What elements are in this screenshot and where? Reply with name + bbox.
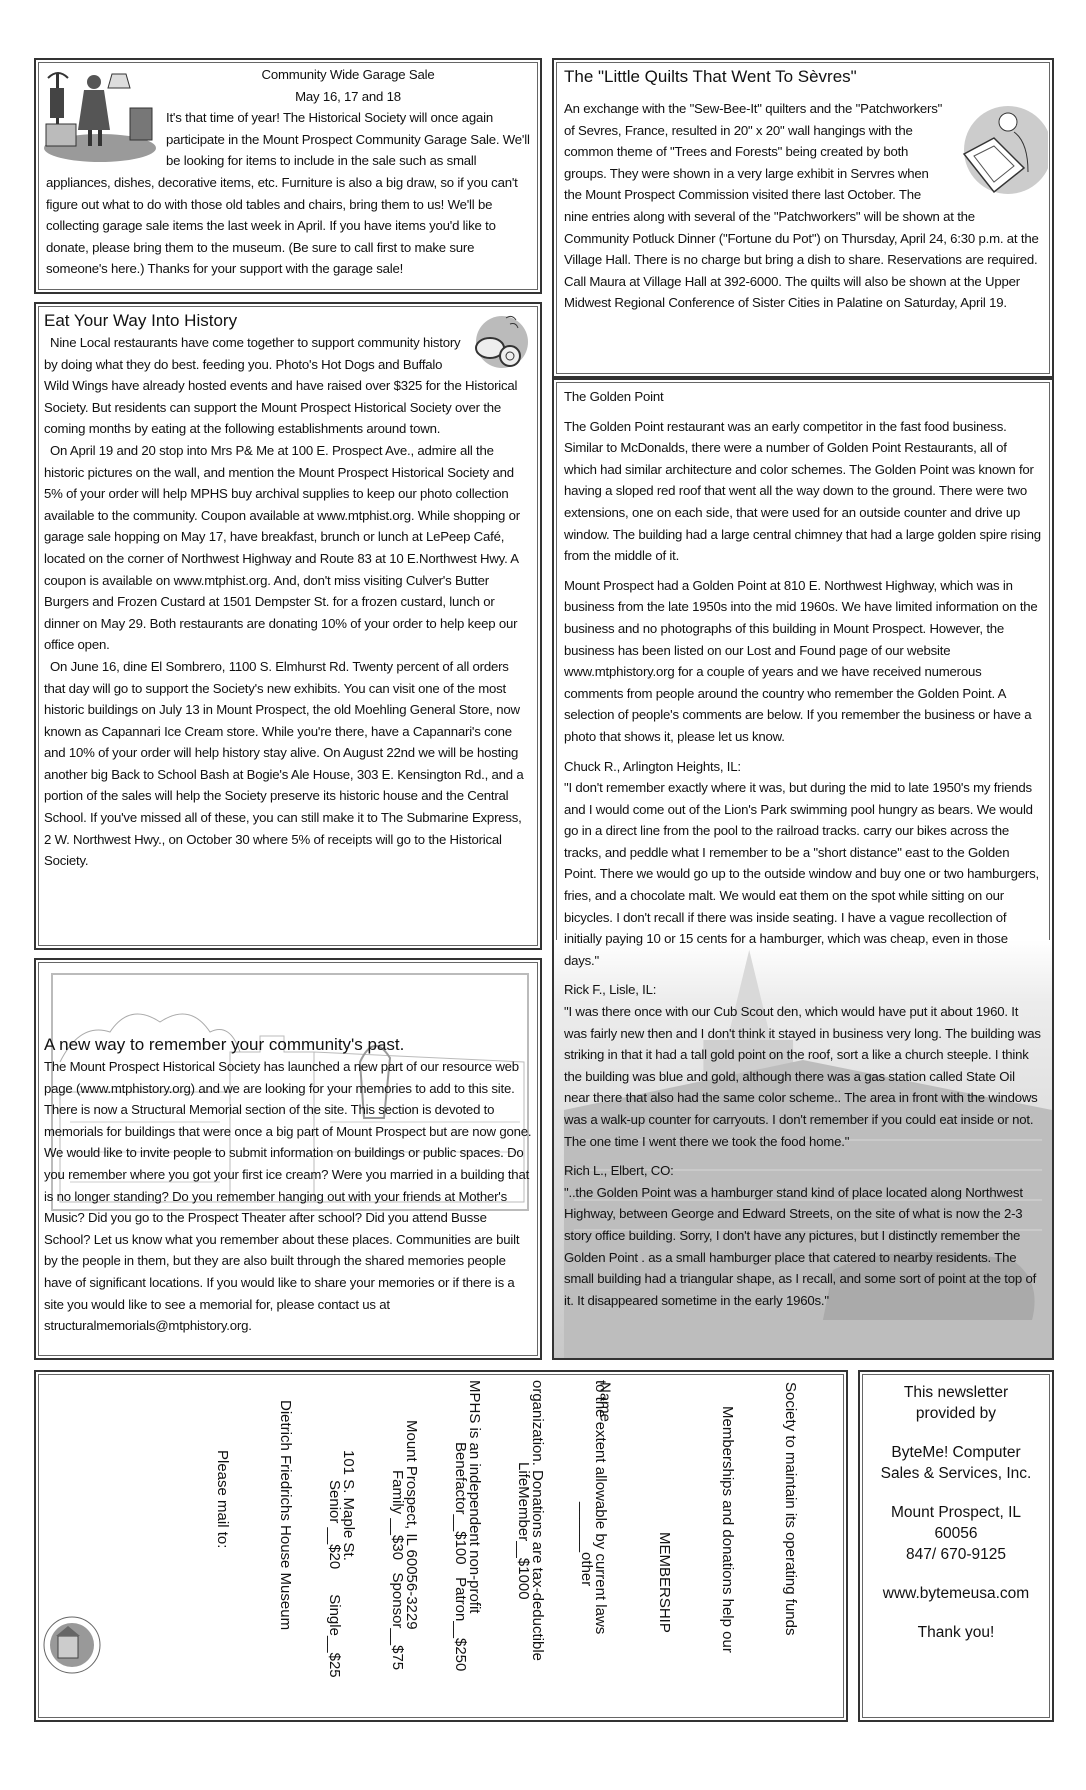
comment-author: Rick F., Lisle, IL:: [564, 979, 1042, 1001]
sponsor-website-link[interactable]: www.bytemeusa.com: [864, 1583, 1048, 1604]
new-way-title: A new way to remember your community's p…: [44, 1034, 532, 1056]
golden-point-title: The Golden Point: [564, 386, 1042, 408]
comment-text: "I was there once with our Cub Scout den…: [564, 1001, 1042, 1152]
eat-history-paragraph: On June 16, dine El Sombrero, 1100 S. El…: [44, 656, 532, 872]
eat-history-article: Eat Your Way Into History Nine Local res…: [34, 302, 542, 950]
golden-point-article: The Golden Point The Golden Point restau…: [552, 378, 1054, 1360]
membership-intro: counted admissions to events Your member…: [612, 1382, 848, 1712]
sewing-woman-clipart-icon: [954, 104, 1048, 204]
sponsor-company: Sales & Services, Inc.: [864, 1463, 1048, 1484]
comment: Chuck R., Arlington Heights, IL: "I don'…: [564, 756, 1042, 972]
intro-line: Memberships and donations help our: [717, 1382, 738, 1712]
level-line: Senior __$20 Single__$25: [324, 1442, 345, 1722]
comment: Rick F., Lisle, IL: "I was there once wi…: [564, 979, 1042, 1152]
comment: Rich L., Elbert, CO: "..the Golden Point…: [564, 1160, 1042, 1311]
sponsor-city: Mount Prospect, IL: [864, 1502, 1048, 1523]
historical-society-seal-icon: [42, 1612, 102, 1678]
comment-text: "..the Golden Point was a hamburger stan…: [564, 1182, 1042, 1312]
level-line: Family __$30 Sponsor__$75: [387, 1442, 408, 1722]
eat-history-paragraph: Nine Local restaurants have come togethe…: [44, 332, 532, 440]
membership-form: to the extent allowable by current laws …: [34, 1370, 848, 1722]
sponsor-line: This newsletter: [864, 1382, 1048, 1403]
new-way-article: A new way to remember your community's p…: [34, 958, 542, 1360]
sponsor-thanks: Thank you!: [864, 1622, 1048, 1643]
comment-author: Chuck R., Arlington Heights, IL:: [564, 756, 1042, 778]
membership-heading: MEMBERSHIP: [654, 1382, 675, 1712]
mail-line: Please mail to:: [212, 1380, 233, 1710]
golden-point-paragraph: The Golden Point restaurant was an early…: [564, 416, 1042, 567]
sponsor-zip: 60056: [864, 1523, 1048, 1544]
golden-point-paragraph: Mount Prospect had a Golden Point at 810…: [564, 575, 1042, 748]
new-way-body: The Mount Prospect Historical Society ha…: [44, 1056, 532, 1337]
sponsor-line: provided by: [864, 1403, 1048, 1424]
sponsor-company: ByteMe! Computer: [864, 1442, 1048, 1463]
sponsor-phone: 847/ 670-9125: [864, 1544, 1048, 1565]
garage-sale-clipart-icon: [42, 64, 160, 164]
eat-history-title: Eat Your Way Into History: [44, 310, 532, 332]
comment-text: "I don't remember exactly where it was, …: [564, 777, 1042, 971]
eat-history-paragraph: On April 19 and 20 stop into Mrs P& Me a…: [44, 440, 532, 656]
intro-line: Society to maintain its operating funds: [780, 1382, 801, 1712]
comment-author: Rich L., Elbert, CO:: [564, 1160, 1042, 1182]
chef-clipart-icon: [468, 312, 532, 374]
quilts-title: The "Little Quilts That Went To Sèvres": [564, 66, 1042, 88]
quilts-article: The "Little Quilts That Went To Sèvres" …: [552, 58, 1054, 378]
sponsor-box: This newsletter provided by ByteMe! Comp…: [858, 1370, 1054, 1722]
intro-line: which bring educational programs and: [843, 1382, 848, 1712]
garage-sale-article: Community Wide Garage Sale May 16, 17 an…: [34, 58, 542, 294]
